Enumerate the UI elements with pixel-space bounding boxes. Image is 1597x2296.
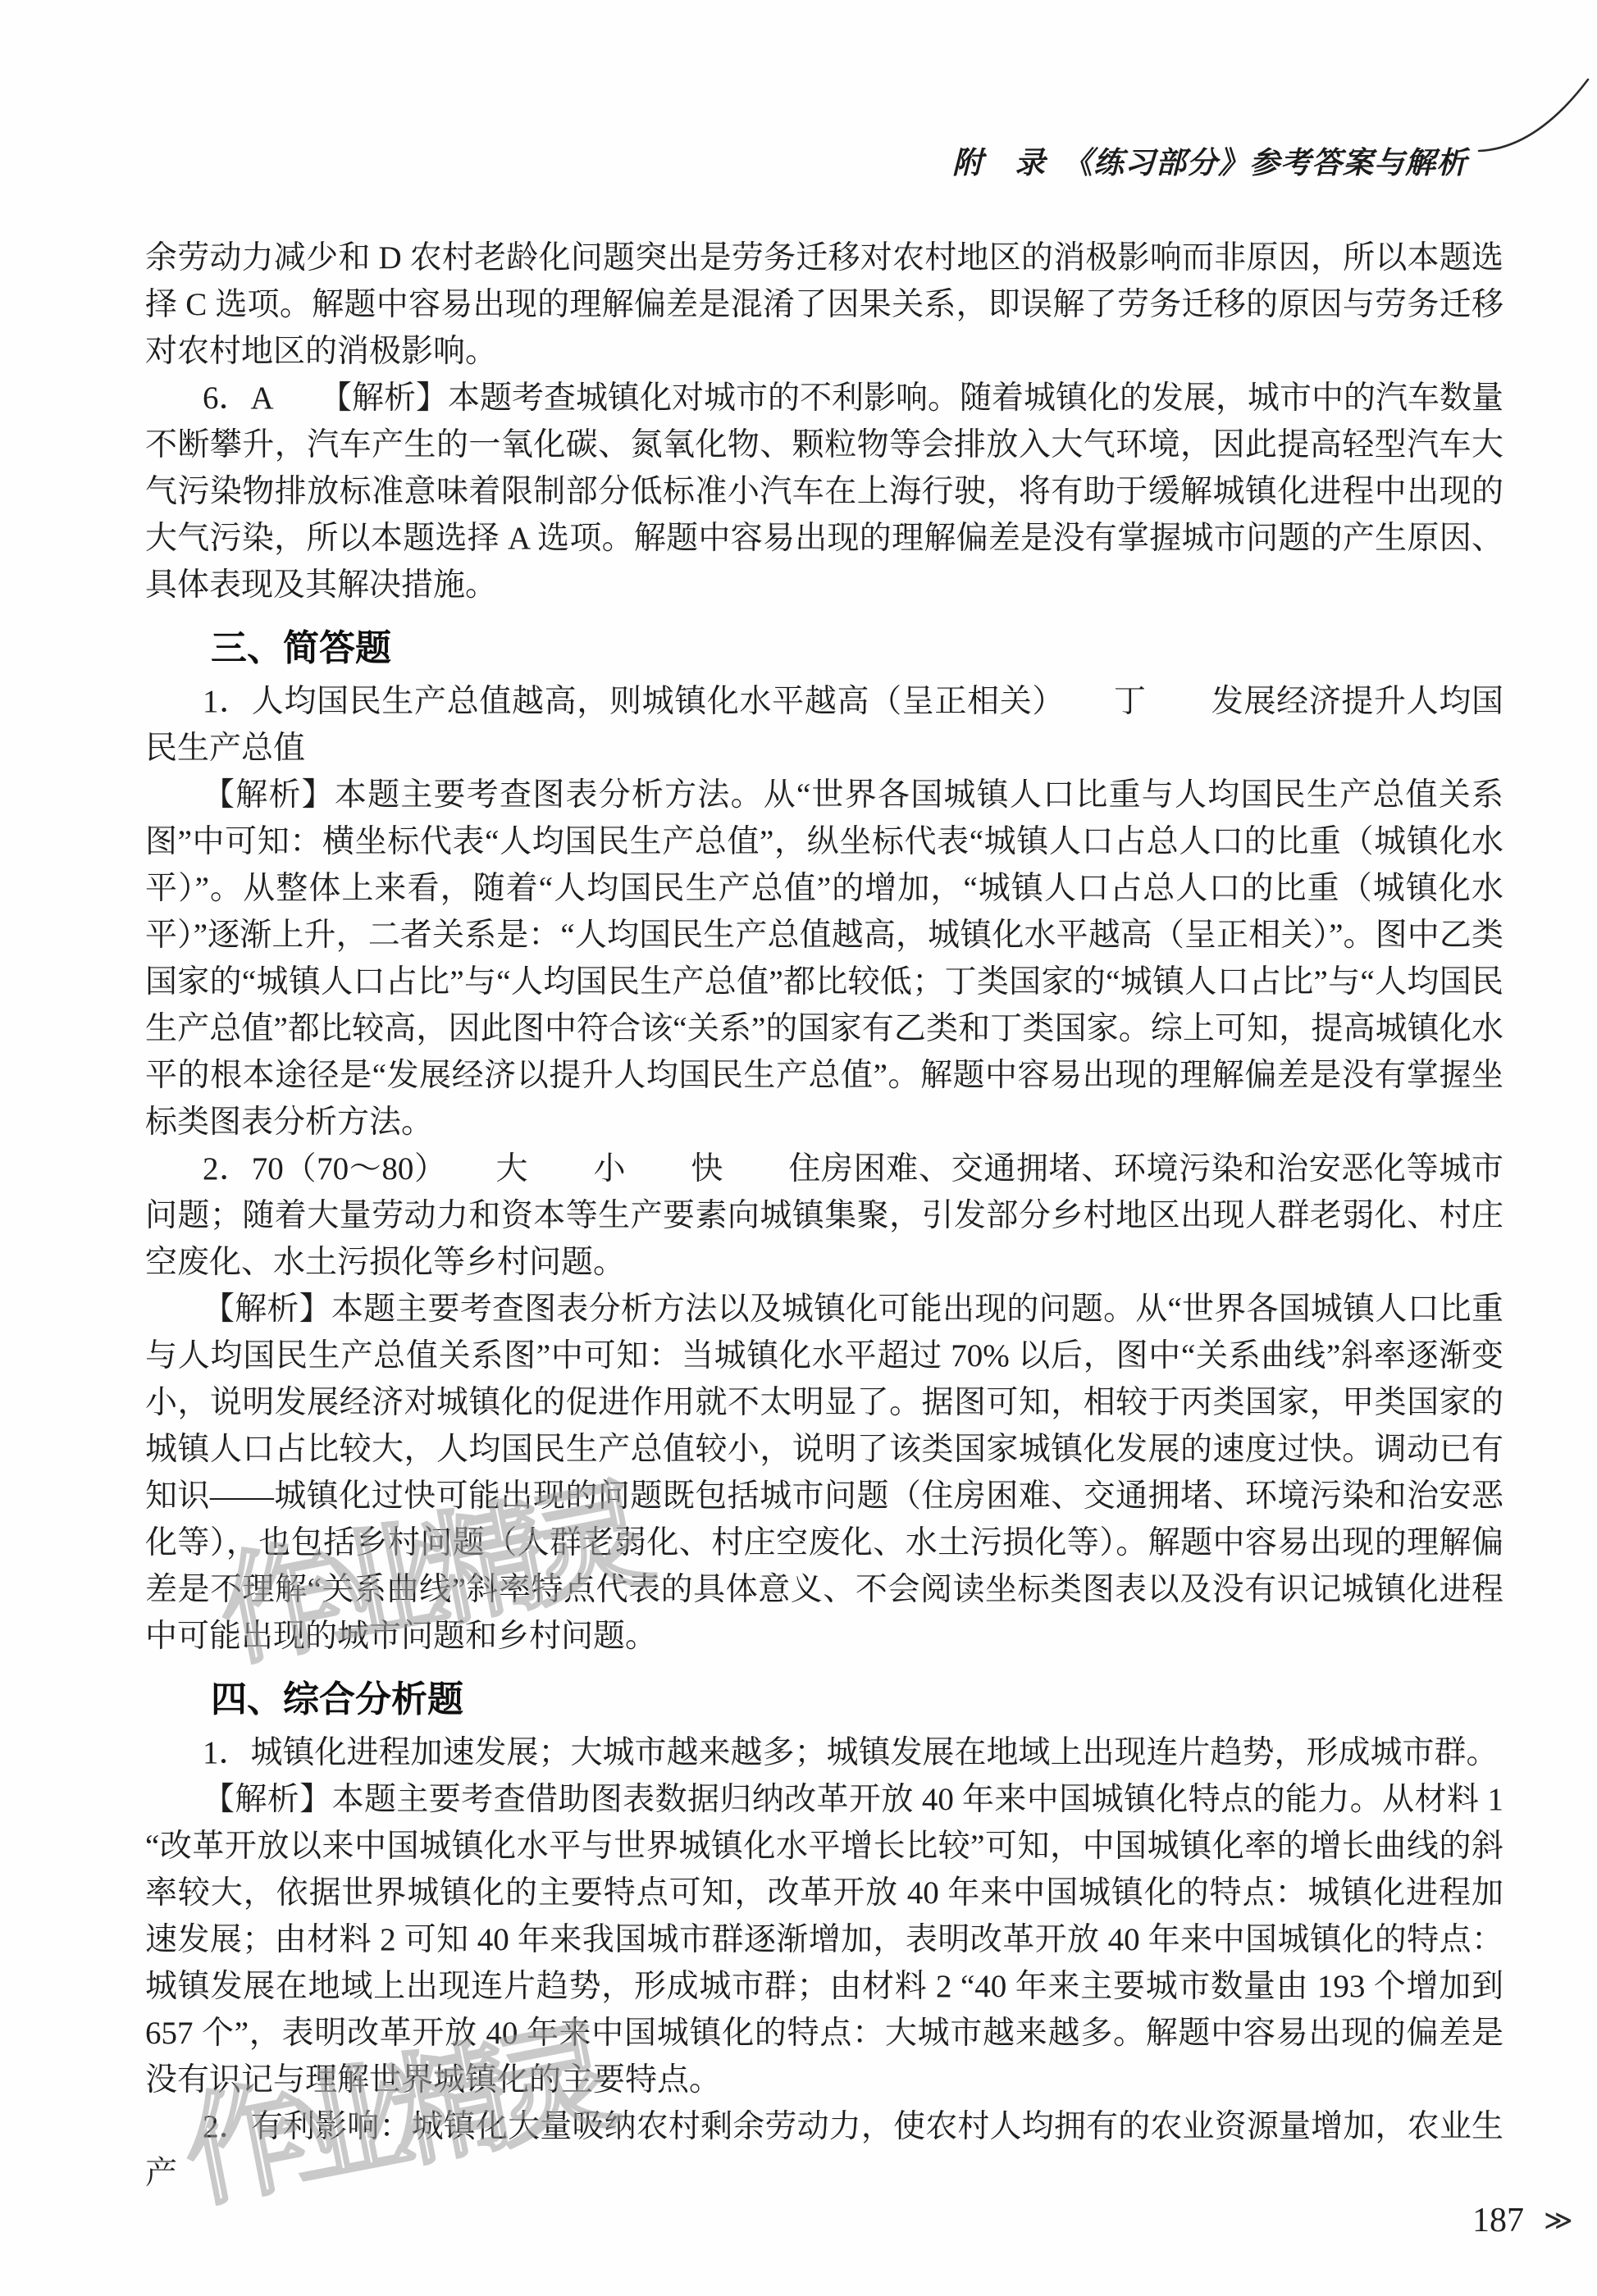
header-section-label: 附 录 xyxy=(952,147,1046,180)
header-title: 《练习部分》参考答案与解析 xyxy=(1062,147,1467,180)
answer-paragraph: 余劳动力减少和 D 农村老龄化问题突出是劳务迁移对农村地区的消极影响而非原因，所… xyxy=(145,235,1503,375)
answer-paragraph: 【解析】本题主要考查图表分析方法以及城镇化可能出现的问题。从“世界各国城镇人口比… xyxy=(145,1286,1503,1660)
answer-paragraph: 1．城镇化进程加速发展；大城市越来越多；城镇发展在地域上出现连片趋势，形成城市群… xyxy=(145,1729,1503,1776)
answer-paragraph: 【解析】本题主要考查图表分析方法。从“世界各国城镇人口比重与人均国民生产总值关系… xyxy=(145,772,1503,1146)
section-heading: 三、简答题 xyxy=(211,625,1503,672)
answer-paragraph: 6．A 【解析】本题考查城镇化对城市的不利影响。随着城镇化的发展，城市中的汽车数… xyxy=(145,375,1503,608)
next-page-icon: ≫ xyxy=(1544,2204,1571,2237)
answer-content: 余劳动力减少和 D 农村老龄化问题突出是劳务迁移对农村地区的消极影响而非原因，所… xyxy=(145,235,1503,2197)
answer-paragraph: 2．有利影响：城镇化大量吸纳农村剩余劳动力，使农村人均拥有的农业资源量增加，农业… xyxy=(145,2103,1503,2197)
page: 附 录《练习部分》参考答案与解析 余劳动力减少和 D 农村老龄化问题突出是劳务迁… xyxy=(0,0,1597,2296)
answer-paragraph: 2．70（70～80） 大 小 快 住房困难、交通拥堵、环境污染和治安恶化等城市… xyxy=(145,1146,1503,1286)
page-footer: 187 ≫ xyxy=(1472,2201,1571,2240)
answer-paragraph: 【解析】本题主要考查借助图表数据归纳改革开放 40 年来中国城镇化特点的能力。从… xyxy=(145,1776,1503,2103)
page-header: 附 录《练习部分》参考答案与解析 xyxy=(952,138,1467,182)
section-heading: 四、综合分析题 xyxy=(211,1676,1503,1723)
header-swoosh-icon xyxy=(1476,75,1591,153)
answer-paragraph: 1．人均国民生产总值越高，则城镇化水平越高（呈正相关） 丁 发展经济提升人均国民… xyxy=(145,678,1503,772)
page-number: 187 xyxy=(1472,2201,1524,2240)
